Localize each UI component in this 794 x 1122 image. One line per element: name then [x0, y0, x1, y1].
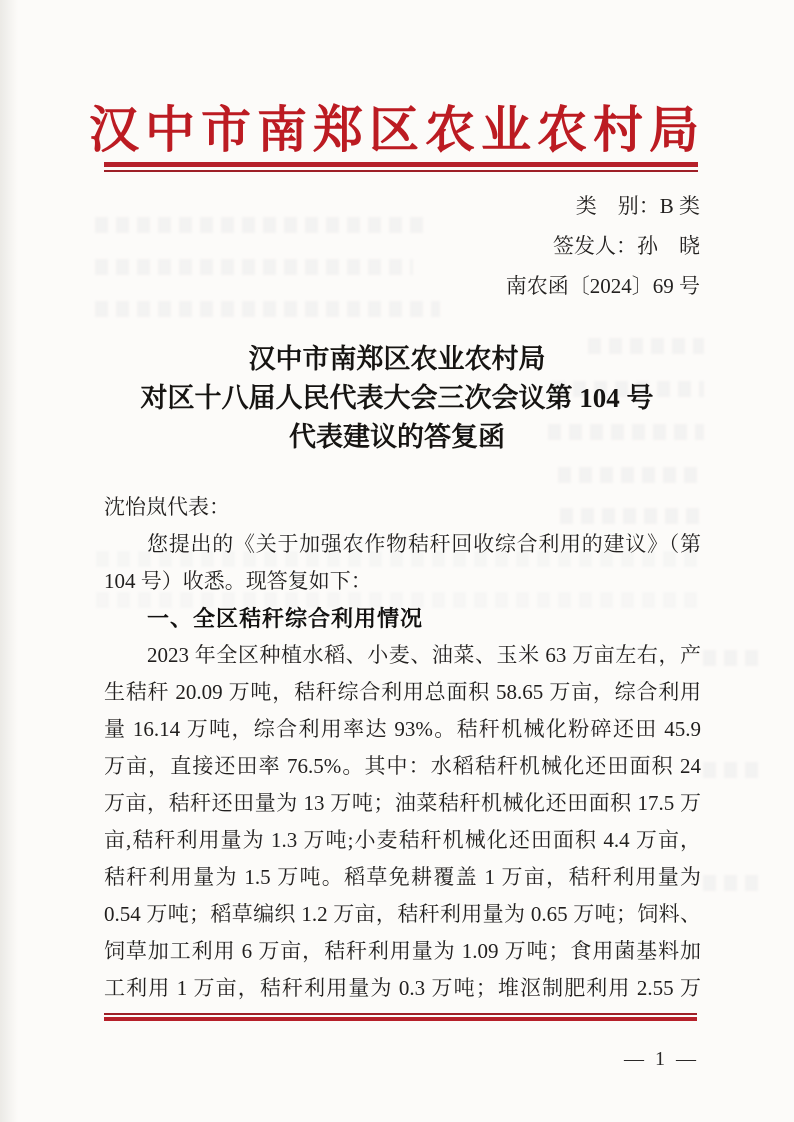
section-heading: 一、全区秸秆综合利用情况 [104, 600, 701, 637]
page-number: — 1 — [624, 1048, 699, 1071]
doc-signer: 签发人：孙 晓 [506, 226, 700, 266]
body-line: 工利用 1 万亩，秸秆利用量为 0.3 万吨；堆沤制肥利用 2.55 万 [104, 970, 701, 1007]
letterhead-agency-title: 汉中市南郑区农业农村局 [0, 90, 794, 162]
doc-number: 南农函〔2024〕69 号 [506, 266, 700, 306]
document-title: 汉中市南郑区农业农村局 对区十八届人民代表大会三次会议第 104 号 代表建议的… [40, 340, 754, 457]
document-body: 沈怡岚代表： 您提出的《关于加强农作物秸秆回收综合利用的建议》（第 104 号）… [104, 489, 701, 1007]
body-line: 饲草加工利用 6 万亩，秸秆利用量为 1.09 万吨；食用菌基料加 [104, 933, 701, 970]
salutation: 沈怡岚代表： [104, 489, 701, 526]
document-title-line1: 汉中市南郑区农业农村局 [40, 340, 754, 379]
footer-rule-thin [104, 1013, 697, 1015]
document-title-line3: 代表建议的答复函 [40, 418, 754, 457]
letterhead-rule-thick [104, 162, 698, 167]
scan-bleedthrough [703, 762, 761, 778]
doc-category: 类 别：B 类 [506, 186, 700, 226]
body-line: 104 号）收悉。现答复如下： [104, 563, 701, 600]
body-line: 秸秆利用量为 1.5 万吨。稻草免耕覆盖 1 万亩，秸秆利用量为 [104, 859, 701, 896]
scan-bleedthrough [95, 217, 425, 233]
scan-bleedthrough [558, 467, 703, 483]
footer-rule-thick [104, 1017, 697, 1021]
scan-bleedthrough [703, 875, 761, 891]
scan-bleedthrough [95, 301, 440, 317]
body-line: 亩,秸秆利用量为 1.3 万吨;小麦秸秆机械化还田面积 4.4 万亩， [104, 822, 701, 859]
scan-bleedthrough [703, 650, 761, 666]
body-line: 0.54 万吨；稻草编织 1.2 万亩，秸秆利用量为 0.65 万吨；饲料、 [104, 896, 701, 933]
body-line: 您提出的《关于加强农作物秸秆回收综合利用的建议》（第 [104, 526, 701, 563]
body-line: 万亩，秸秆还田量为 13 万吨；油菜秸秆机械化还田面积 17.5 万 [104, 785, 701, 822]
letterhead-rule [104, 162, 698, 172]
footer-rule [104, 1013, 697, 1021]
document-title-line2: 对区十八届人民代表大会三次会议第 104 号 [40, 379, 754, 418]
document-meta: 类 别：B 类 签发人：孙 晓 南农函〔2024〕69 号 [506, 186, 700, 306]
body-line: 量 16.14 万吨，综合利用率达 93%。秸秆机械化粉碎还田 45.9 [104, 711, 701, 748]
scan-bleedthrough [95, 259, 413, 275]
body-line: 生秸秆 20.09 万吨，秸秆综合利用总面积 58.65 万亩，综合利用 [104, 674, 701, 711]
letterhead-rule-thin [104, 170, 698, 172]
scanned-document-page: 汉中市南郑区农业农村局 类 别：B 类 签发人：孙 晓 南农函〔2024〕69 … [0, 0, 794, 1122]
body-line: 2023 年全区种植水稻、小麦、油菜、玉米 63 万亩左右，产 [104, 637, 701, 674]
body-line: 万亩，直接还田率 76.5%。其中：水稻秸秆机械化还田面积 24 [104, 748, 701, 785]
